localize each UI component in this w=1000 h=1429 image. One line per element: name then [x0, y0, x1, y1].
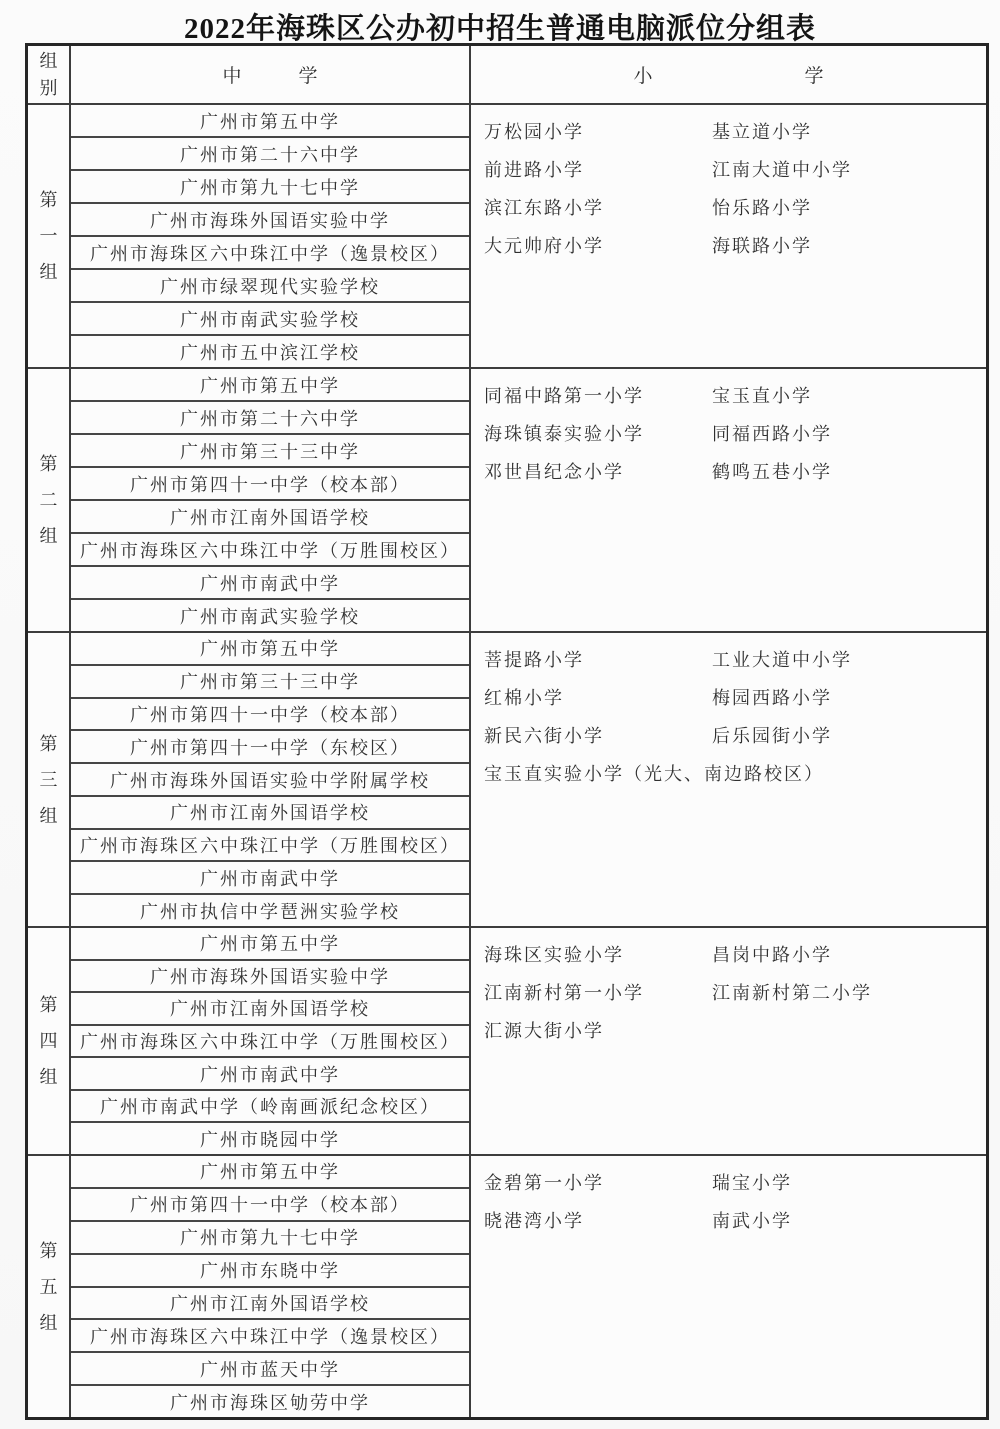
middle-school-name: 广州市海珠外国语实验中学 [150, 963, 390, 989]
middle-school-list: 广州市第五中学广州市第二十六中学广州市第九十七中学广州市海珠外国语实验中学广州市… [71, 105, 471, 367]
primary-school-name: 邓世昌纪念小学 [484, 458, 712, 484]
primary-school-pair-row: 前进路小学江南大道中小学 [484, 150, 980, 188]
middle-school-name: 广州市五中滨江学校 [180, 339, 360, 365]
middle-school-row: 广州市第二十六中学 [71, 138, 469, 171]
header-group-label: 组别 [38, 48, 59, 100]
middle-school-row: 广州市南武中学 [71, 862, 469, 895]
primary-school-pair-row: 红棉小学梅园西路小学 [484, 678, 980, 716]
middle-school-name: 广州市第四十一中学（东校区） [130, 734, 410, 760]
middle-school-row: 广州市南武实验学校 [71, 600, 469, 631]
middle-school-row: 广州市海珠外国语实验中学 [71, 204, 469, 237]
primary-school-name: 鹤鸣五巷小学 [712, 458, 832, 484]
middle-school-list: 广州市第五中学广州市海珠外国语实验中学广州市江南外国语学校广州市海珠区六中珠江中… [71, 928, 471, 1154]
primary-school-name: 江南新村第一小学 [484, 979, 712, 1005]
primary-school-name: 宝玉直实验小学（光大、南边路校区） [484, 760, 824, 786]
middle-school-name: 广州市海珠区劬劳中学 [170, 1389, 370, 1415]
group-row: 第一组 广州市第五中学广州市第二十六中学广州市第九十七中学广州市海珠外国语实验中… [28, 105, 986, 369]
middle-school-name: 广州市第三十三中学 [180, 438, 360, 464]
group-label-cell: 第二组 [28, 369, 71, 631]
middle-school-name: 广州市江南外国语学校 [170, 504, 370, 530]
primary-school-pair-row: 新民六街小学后乐园街小学 [484, 716, 980, 754]
primary-school-name: 海联路小学 [712, 232, 812, 258]
primary-school-name: 晓港湾小学 [484, 1207, 712, 1233]
middle-school-list: 广州市第五中学广州市第四十一中学（校本部）广州市第九十七中学广州市东晓中学广州市… [71, 1156, 471, 1417]
primary-school-pair-row: 大元帅府小学海联路小学 [484, 226, 980, 264]
primary-school-list: 海珠区实验小学昌岗中路小学江南新村第一小学江南新村第二小学汇源大街小学 [471, 928, 986, 1154]
middle-school-row: 广州市第九十七中学 [71, 171, 469, 204]
group-row: 第二组 广州市第五中学广州市第二十六中学广州市第三十三中学广州市第四十一中学（校… [28, 369, 986, 633]
primary-school-name: 汇源大街小学 [484, 1017, 604, 1043]
header-group-column: 组别 [28, 46, 71, 103]
group-row: 第五组 广州市第五中学广州市第四十一中学（校本部）广州市第九十七中学广州市东晓中… [28, 1156, 986, 1417]
primary-school-name: 新民六街小学 [484, 722, 712, 748]
primary-school-name: 梅园西路小学 [712, 684, 832, 710]
middle-school-name: 广州市第四十一中学（校本部） [130, 1191, 410, 1217]
middle-school-row: 广州市第九十七中学 [71, 1222, 469, 1255]
middle-school-name: 广州市海珠区六中珠江中学（逸景校区） [90, 240, 450, 266]
middle-school-name: 广州市第三十三中学 [180, 668, 360, 694]
primary-school-name: 后乐园街小学 [712, 722, 832, 748]
middle-school-row: 广州市五中滨江学校 [71, 336, 469, 367]
middle-school-name: 广州市海珠区六中珠江中学（万胜围校区） [80, 537, 460, 563]
middle-school-name: 广州市第五中学 [200, 635, 340, 661]
primary-school-pair-row: 海珠区实验小学昌岗中路小学 [484, 935, 980, 973]
header-primary-label: 小学 [481, 61, 975, 88]
primary-school-name: 南武小学 [712, 1207, 792, 1233]
group-label-cell: 第四组 [28, 928, 71, 1154]
primary-school-name: 金碧第一小学 [484, 1169, 712, 1195]
primary-school-pair-row: 宝玉直实验小学（光大、南边路校区） [484, 754, 980, 792]
middle-school-row: 广州市第五中学 [71, 1156, 469, 1189]
middle-school-list: 广州市第五中学广州市第三十三中学广州市第四十一中学（校本部）广州市第四十一中学（… [71, 633, 471, 926]
primary-school-name: 工业大道中小学 [712, 646, 852, 672]
middle-school-row: 广州市海珠区六中珠江中学（逸景校区） [71, 1320, 469, 1353]
primary-school-pair-row: 江南新村第一小学江南新村第二小学 [484, 973, 980, 1011]
middle-school-row: 广州市绿翠现代实验学校 [71, 270, 469, 303]
middle-school-row: 广州市海珠区六中珠江中学（万胜围校区） [71, 1026, 469, 1059]
middle-school-name: 广州市第二十六中学 [180, 405, 360, 431]
header-middle-column: 中学 [71, 46, 471, 103]
primary-school-pair-row: 同福中路第一小学宝玉直小学 [484, 376, 980, 414]
middle-school-row: 广州市第三十三中学 [71, 435, 469, 468]
middle-school-row: 广州市海珠区六中珠江中学（万胜围校区） [71, 534, 469, 567]
middle-school-row: 广州市第四十一中学（校本部） [71, 1189, 469, 1222]
primary-school-pair-row: 金碧第一小学瑞宝小学 [484, 1163, 980, 1201]
primary-school-pair-row: 菩提路小学工业大道中小学 [484, 640, 980, 678]
middle-school-row: 广州市第五中学 [71, 928, 469, 961]
middle-school-row: 广州市第三十三中学 [71, 666, 469, 699]
group-label: 第五组 [39, 1233, 59, 1341]
primary-school-name: 红棉小学 [484, 684, 712, 710]
group-label: 第一组 [39, 182, 59, 290]
middle-school-row: 广州市晓园中学 [71, 1123, 469, 1154]
middle-school-row: 广州市江南外国语学校 [71, 797, 469, 830]
primary-school-name: 江南大道中小学 [712, 156, 852, 182]
primary-school-list: 万松园小学基立道小学前进路小学江南大道中小学滨江东路小学怡乐路小学大元帅府小学海… [471, 105, 986, 367]
primary-school-name: 海珠区实验小学 [484, 941, 712, 967]
primary-school-list: 同福中路第一小学宝玉直小学海珠镇泰实验小学同福西路小学邓世昌纪念小学鹤鸣五巷小学 [471, 369, 986, 631]
primary-school-pair-row: 邓世昌纪念小学鹤鸣五巷小学 [484, 452, 980, 490]
primary-school-name: 昌岗中路小学 [712, 941, 832, 967]
group-label-cell: 第三组 [28, 633, 71, 926]
allocation-table: 组别 中学 小学 第一组 广州市第五中学广州市第二十六中学广州市第九十七中学广州… [25, 43, 989, 1420]
middle-school-row: 广州市第四十一中学（校本部） [71, 699, 469, 732]
middle-school-name: 广州市第五中学 [200, 1158, 340, 1184]
middle-school-row: 广州市蓝天中学 [71, 1353, 469, 1386]
primary-school-name: 怡乐路小学 [712, 194, 812, 220]
middle-school-name: 广州市第九十七中学 [180, 1224, 360, 1250]
primary-school-pair-row: 万松园小学基立道小学 [484, 112, 980, 150]
middle-school-row: 广州市南武中学 [71, 1058, 469, 1091]
group-label-cell: 第一组 [28, 105, 71, 367]
primary-school-name: 同福中路第一小学 [484, 382, 712, 408]
middle-school-row: 广州市第五中学 [71, 633, 469, 666]
primary-school-pair-row: 滨江东路小学怡乐路小学 [484, 188, 980, 226]
primary-school-name: 万松园小学 [484, 118, 712, 144]
middle-school-row: 广州市东晓中学 [71, 1255, 469, 1288]
middle-school-name: 广州市第四十一中学（校本部） [130, 471, 410, 497]
middle-school-name: 广州市海珠外国语实验中学附属学校 [110, 767, 430, 793]
middle-school-name: 广州市南武实验学校 [180, 603, 360, 629]
primary-school-name: 大元帅府小学 [484, 232, 712, 258]
primary-school-name: 前进路小学 [484, 156, 712, 182]
header-primary-column: 小学 [471, 46, 986, 103]
page: 2022年海珠区公办初中招生普通电脑派位分组表 组别 中学 小学 第一组 广州市… [0, 0, 1000, 1429]
middle-school-row: 广州市海珠区六中珠江中学（逸景校区） [71, 237, 469, 270]
primary-school-name: 滨江东路小学 [484, 194, 712, 220]
middle-school-row: 广州市海珠外国语实验中学附属学校 [71, 764, 469, 797]
middle-school-row: 广州市海珠外国语实验中学 [71, 961, 469, 994]
middle-school-row: 广州市南武中学 [71, 567, 469, 600]
middle-school-name: 广州市南武中学（岭南画派纪念校区） [100, 1093, 440, 1119]
middle-school-name: 广州市海珠区六中珠江中学（万胜围校区） [80, 832, 460, 858]
middle-school-row: 广州市江南外国语学校 [71, 501, 469, 534]
middle-school-name: 广州市南武中学 [200, 570, 340, 596]
middle-school-name: 广州市南武中学 [200, 865, 340, 891]
middle-school-row: 广州市第五中学 [71, 105, 469, 138]
middle-school-name: 广州市江南外国语学校 [170, 1290, 370, 1316]
group-row: 第四组 广州市第五中学广州市海珠外国语实验中学广州市江南外国语学校广州市海珠区六… [28, 928, 986, 1156]
primary-school-name: 江南新村第二小学 [712, 979, 872, 1005]
primary-school-list: 金碧第一小学瑞宝小学晓港湾小学南武小学 [471, 1156, 986, 1417]
middle-school-name: 广州市东晓中学 [200, 1257, 340, 1283]
middle-school-row: 广州市第四十一中学（东校区） [71, 731, 469, 764]
middle-school-name: 广州市绿翠现代实验学校 [160, 273, 380, 299]
middle-school-row: 广州市海珠区劬劳中学 [71, 1386, 469, 1417]
middle-school-name: 广州市第五中学 [200, 372, 340, 398]
header-middle-label: 中学 [165, 61, 374, 88]
group-label-cell: 第五组 [28, 1156, 71, 1417]
middle-school-name: 广州市蓝天中学 [200, 1356, 340, 1382]
middle-school-name: 广州市晓园中学 [200, 1126, 340, 1152]
middle-school-row: 广州市第四十一中学（校本部） [71, 468, 469, 501]
middle-school-name: 广州市第九十七中学 [180, 174, 360, 200]
table-header-row: 组别 中学 小学 [28, 46, 986, 105]
middle-school-name: 广州市南武实验学校 [180, 306, 360, 332]
group-label: 第三组 [39, 726, 59, 834]
middle-school-list: 广州市第五中学广州市第二十六中学广州市第三十三中学广州市第四十一中学（校本部）广… [71, 369, 471, 631]
middle-school-row: 广州市江南外国语学校 [71, 993, 469, 1026]
primary-school-pair-row: 晓港湾小学南武小学 [484, 1201, 980, 1239]
middle-school-row: 广州市南武中学（岭南画派纪念校区） [71, 1091, 469, 1124]
middle-school-row: 广州市南武实验学校 [71, 303, 469, 336]
page-title: 2022年海珠区公办初中招生普通电脑派位分组表 [0, 6, 1000, 47]
middle-school-name: 广州市第五中学 [200, 108, 340, 134]
middle-school-row: 广州市第二十六中学 [71, 402, 469, 435]
middle-school-name: 广州市南武中学 [200, 1061, 340, 1087]
middle-school-name: 广州市第五中学 [200, 930, 340, 956]
primary-school-name: 海珠镇泰实验小学 [484, 420, 712, 446]
middle-school-name: 广州市海珠外国语实验中学 [150, 207, 390, 233]
primary-school-name: 瑞宝小学 [712, 1169, 792, 1195]
middle-school-name: 广州市海珠区六中珠江中学（万胜围校区） [80, 1028, 460, 1054]
middle-school-name: 广州市执信中学琶洲实验学校 [140, 898, 400, 924]
primary-school-name: 宝玉直小学 [712, 382, 812, 408]
group-row: 第三组 广州市第五中学广州市第三十三中学广州市第四十一中学（校本部）广州市第四十… [28, 633, 986, 928]
primary-school-name: 菩提路小学 [484, 646, 712, 672]
middle-school-row: 广州市执信中学琶洲实验学校 [71, 895, 469, 926]
group-label: 第二组 [39, 446, 59, 554]
primary-school-list: 菩提路小学工业大道中小学红棉小学梅园西路小学新民六街小学后乐园街小学宝玉直实验小… [471, 633, 986, 926]
group-label: 第四组 [39, 987, 59, 1095]
middle-school-name: 广州市江南外国语学校 [170, 995, 370, 1021]
primary-school-pair-row: 海珠镇泰实验小学同福西路小学 [484, 414, 980, 452]
middle-school-row: 广州市江南外国语学校 [71, 1288, 469, 1321]
middle-school-name: 广州市江南外国语学校 [170, 799, 370, 825]
middle-school-row: 广州市海珠区六中珠江中学（万胜围校区） [71, 830, 469, 863]
middle-school-row: 广州市第五中学 [71, 369, 469, 402]
middle-school-name: 广州市海珠区六中珠江中学（逸景校区） [90, 1323, 450, 1349]
middle-school-name: 广州市第二十六中学 [180, 141, 360, 167]
primary-school-pair-row: 汇源大街小学 [484, 1011, 980, 1049]
primary-school-name: 基立道小学 [712, 118, 812, 144]
primary-school-name: 同福西路小学 [712, 420, 832, 446]
middle-school-name: 广州市第四十一中学（校本部） [130, 701, 410, 727]
